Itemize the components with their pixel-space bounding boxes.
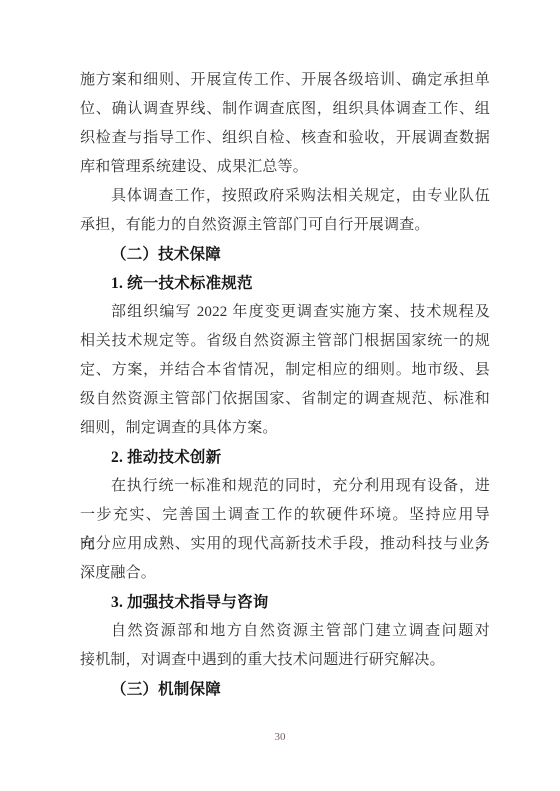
section-heading: （三）机制保障 xyxy=(80,675,490,704)
paragraph-line: 细则，制定调查的具体方案。 xyxy=(80,414,490,443)
page-number: 30 xyxy=(0,728,560,746)
subsection-heading: 1. 统一技术标准规范 xyxy=(80,269,490,298)
paragraph-line: 深度融合。 xyxy=(80,559,490,588)
subsection-heading: 3. 加强技术指导与咨询 xyxy=(80,588,490,617)
paragraph-line: 充分应用成熟、实用的现代高新技术手段，推动科技与业务 xyxy=(80,530,490,559)
section-heading: （二）技术保障 xyxy=(80,240,490,269)
paragraph-line: 在执行统一标准和规范的同时，充分利用现有设备，进 xyxy=(80,472,490,501)
paragraph-line: 接机制，对调查中遇到的重大技术问题进行研究解决。 xyxy=(80,646,490,675)
paragraph-line: 一步充实、完善国土调查工作的软硬件环境。坚持应用导向， xyxy=(80,501,490,530)
paragraph-line: 定、方案，并结合本省情况，制定相应的细则。地市级、县 xyxy=(80,356,490,385)
paragraph-line: 库和管理系统建设、成果汇总等。 xyxy=(80,153,490,182)
paragraph-line: 施方案和细则、开展宣传工作、开展各级培训、确定承担单 xyxy=(80,66,490,95)
paragraph-line: 织检查与指导工作、组织自检、核查和验收，开展调查数据 xyxy=(80,124,490,153)
paragraph-line: 自然资源部和地方自然资源主管部门建立调查问题对 xyxy=(80,617,490,646)
paragraph-line: 位、确认调查界线、制作调查底图，组织具体调查工作、组 xyxy=(80,95,490,124)
document-page: 施方案和细则、开展宣传工作、开展各级培训、确定承担单位、确认调查界线、制作调查底… xyxy=(0,0,560,791)
paragraph-line: 相关技术规定等。省级自然资源主管部门根据国家统一的规 xyxy=(80,327,490,356)
paragraph-line: 具体调查工作，按照政府采购法相关规定，由专业队伍 xyxy=(80,182,490,211)
paragraph-line: 部组织编写 2022 年度变更调查实施方案、技术规程及 xyxy=(80,298,490,327)
paragraph-line: 承担，有能力的自然资源主管部门可自行开展调查。 xyxy=(80,211,490,240)
paragraph-line: 级自然资源主管部门依据国家、省制定的调查规范、标准和 xyxy=(80,385,490,414)
subsection-heading: 2. 推动技术创新 xyxy=(80,443,490,472)
text-block: 施方案和细则、开展宣传工作、开展各级培训、确定承担单位、确认调查界线、制作调查底… xyxy=(80,66,490,704)
